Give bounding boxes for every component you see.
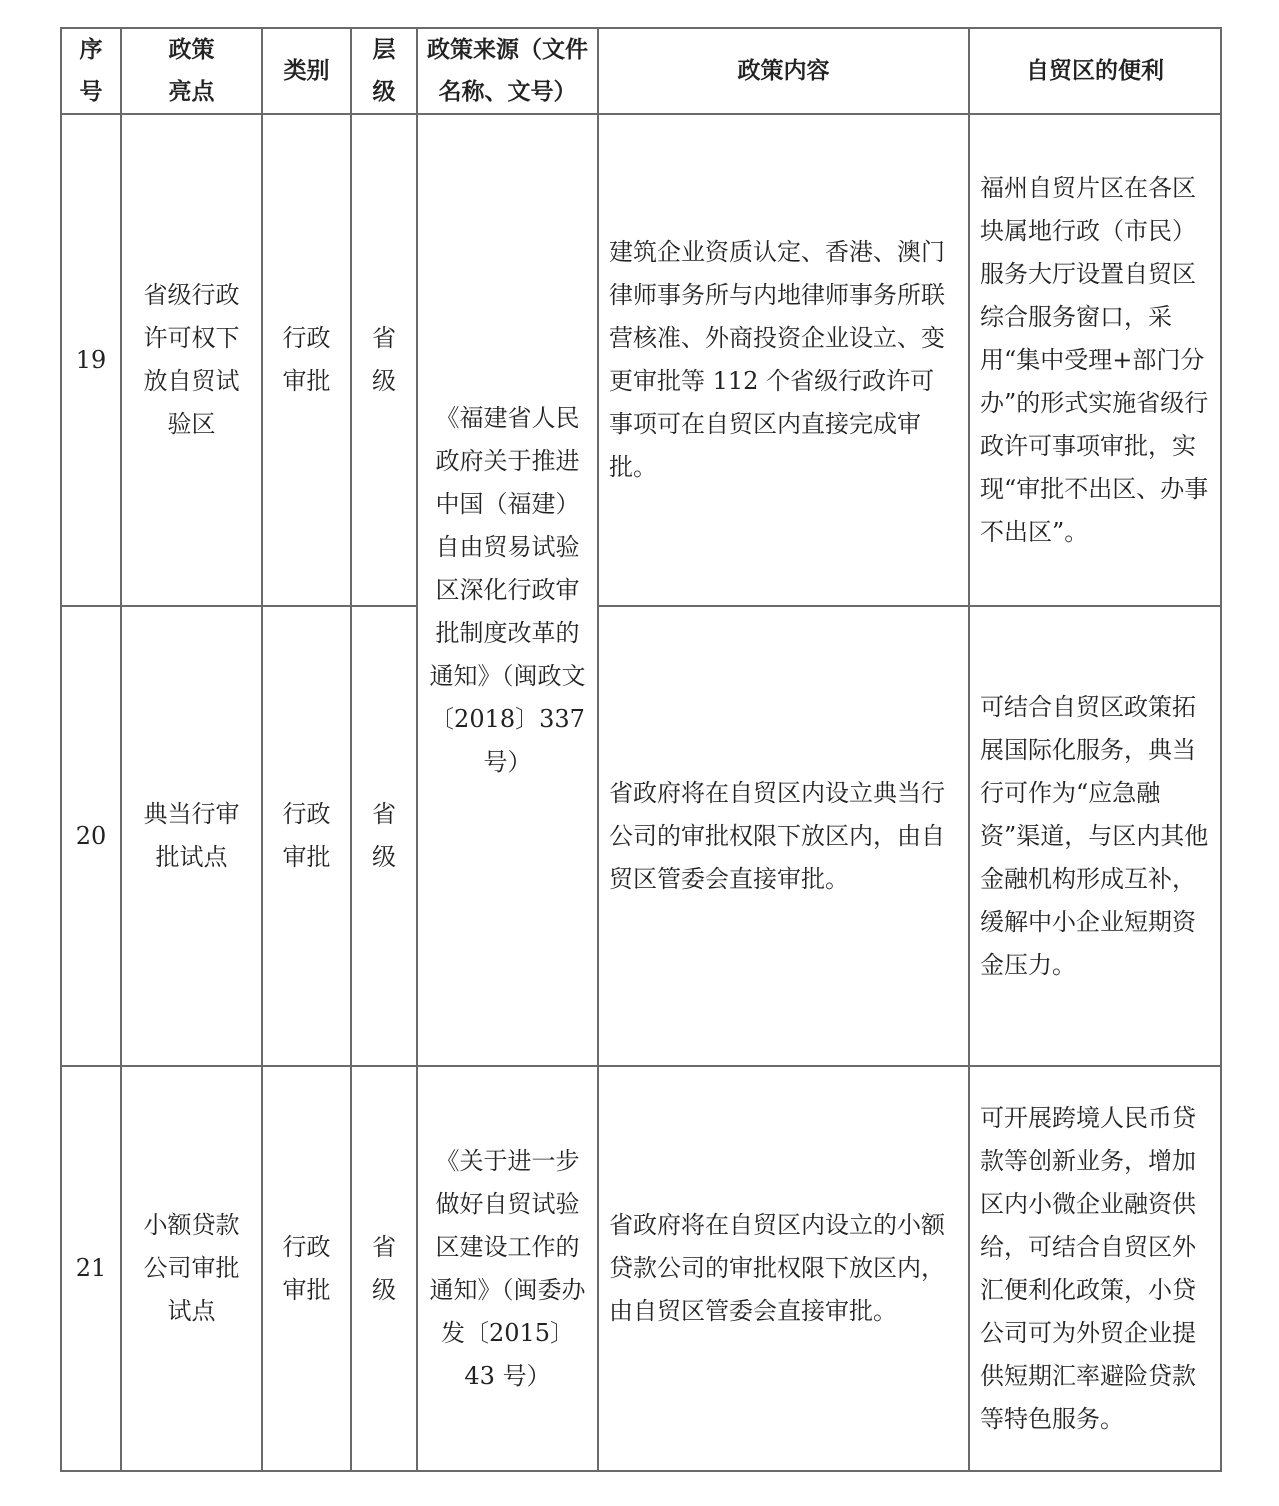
row-content: 建筑企业资质认定、香港、澳门律师事务所与内地律师事务所联营核准、外商投资企业设立… bbox=[598, 114, 969, 606]
table-row: 19 省级行政许可权下放自贸试验区 行政审批 省级 《福建省人民政府关于推进中国… bbox=[61, 114, 1221, 606]
row-index: 20 bbox=[61, 606, 121, 1066]
row-benefit: 福州自贸片区在各区块属地行政（市民）服务大厅设置自贸区综合服务窗口，采用“集中受… bbox=[969, 114, 1221, 606]
row-highlight: 典当行审批试点 bbox=[121, 606, 262, 1066]
header-highlight: 政策 亮点 bbox=[121, 28, 262, 114]
row-highlight: 省级行政许可权下放自贸试验区 bbox=[121, 114, 262, 606]
header-source: 政策来源（文件名称、文号） bbox=[417, 28, 598, 114]
row-benefit: 可开展跨境人民币贷款等创新业务，增加区内小微企业融资供给，可结合自贸区外汇便利化… bbox=[969, 1066, 1221, 1471]
row-source: 《关于进一步做好自贸试验区建设工作的通知》（闽委办发〔2015〕43 号） bbox=[417, 1066, 598, 1471]
row-category: 行政审批 bbox=[262, 114, 351, 606]
header-category: 类别 bbox=[262, 28, 351, 114]
row-benefit: 可结合自贸区政策拓展国际化服务，典当行可作为“应急融资”渠道，与区内其他金融机构… bbox=[969, 606, 1221, 1066]
header-level: 层 级 bbox=[351, 28, 417, 114]
header-row: 序 号 政策 亮点 类别 层 级 政策来源（文件名称、文号） 政策内容 自贸区的… bbox=[61, 28, 1221, 114]
row-highlight: 小额贷款公司审批试点 bbox=[121, 1066, 262, 1471]
row-level: 省级 bbox=[351, 1066, 417, 1471]
row-index: 21 bbox=[61, 1066, 121, 1471]
header-index: 序 号 bbox=[61, 28, 121, 114]
table-row: 21 小额贷款公司审批试点 行政审批 省级 《关于进一步做好自贸试验区建设工作的… bbox=[61, 1066, 1221, 1471]
row-source: 《福建省人民政府关于推进中国（福建）自由贸易试验区深化行政审批制度改革的通知》（… bbox=[417, 114, 598, 1066]
row-category: 行政审批 bbox=[262, 1066, 351, 1471]
header-benefit: 自贸区的便利 bbox=[969, 28, 1221, 114]
row-level: 省级 bbox=[351, 114, 417, 606]
policy-table: 序 号 政策 亮点 类别 层 级 政策来源（文件名称、文号） 政策内容 自贸区的… bbox=[60, 27, 1222, 1472]
row-index: 19 bbox=[61, 114, 121, 606]
row-content: 省政府将在自贸区内设立典当行公司的审批权限下放区内，由自贸区管委会直接审批。 bbox=[598, 606, 969, 1066]
row-category: 行政审批 bbox=[262, 606, 351, 1066]
header-content: 政策内容 bbox=[598, 28, 969, 114]
row-level: 省级 bbox=[351, 606, 417, 1066]
row-content: 省政府将在自贸区内设立的小额贷款公司的审批权限下放区内，由自贸区管委会直接审批。 bbox=[598, 1066, 969, 1471]
table-row: 20 典当行审批试点 行政审批 省级 省政府将在自贸区内设立典当行公司的审批权限… bbox=[61, 606, 1221, 1066]
